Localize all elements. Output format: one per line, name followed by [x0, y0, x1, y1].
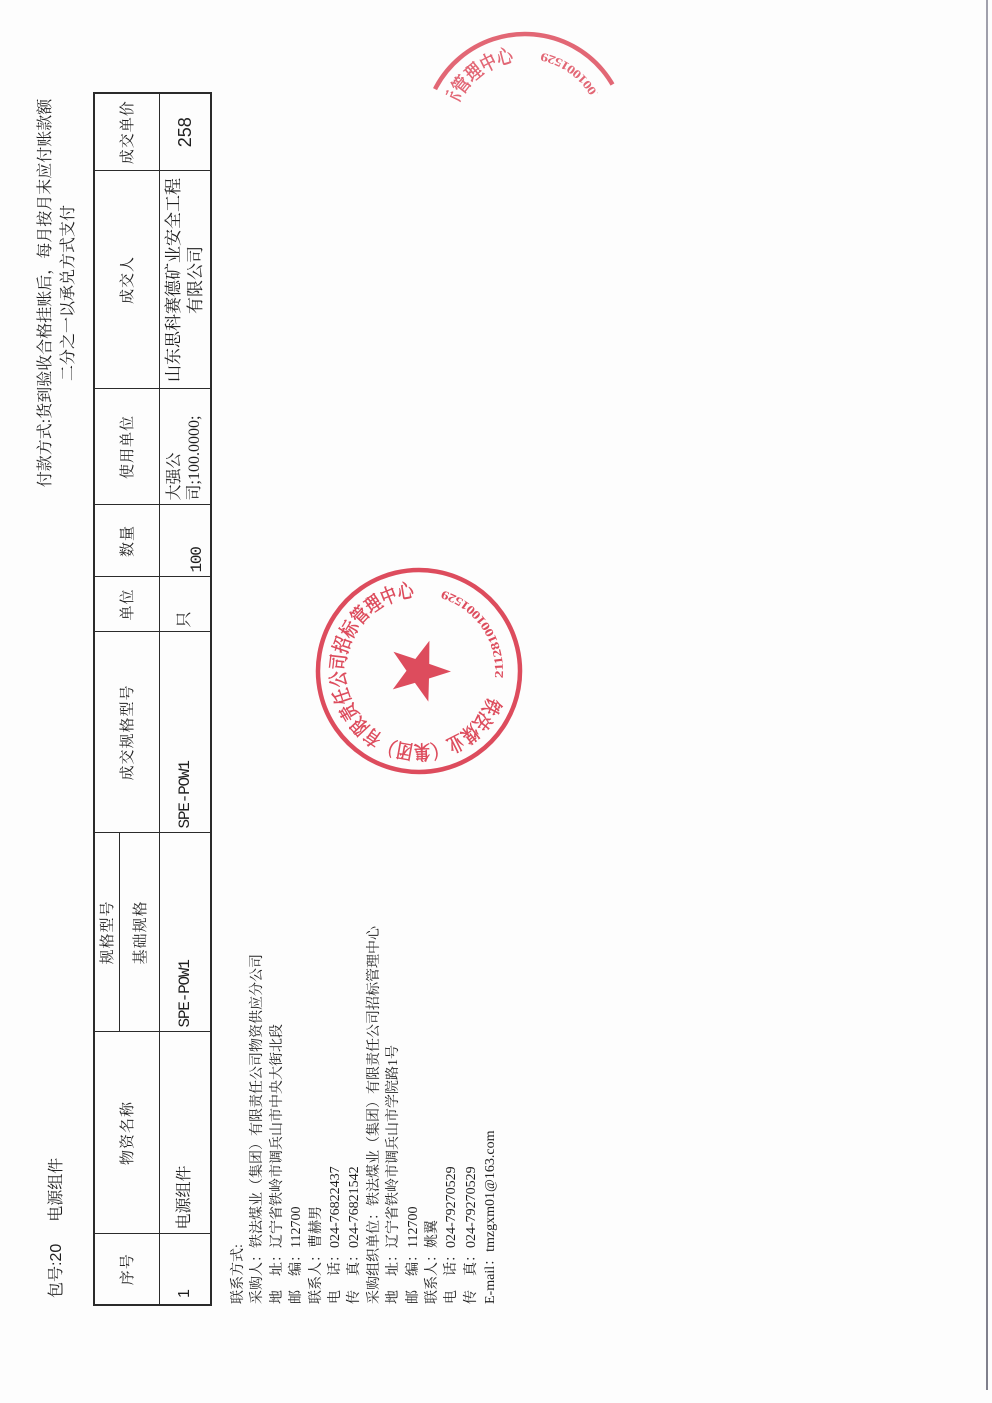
contact-value: 铁法煤业（集团）有限责任公司物资供应分公司 — [250, 954, 265, 1248]
col-header-supplier: 成交人 — [94, 171, 159, 389]
cell-unit: 只 — [159, 577, 211, 632]
contact-value: 024-79270529 — [464, 1166, 479, 1248]
award-table: 序号 物资名称 规格型号 成交规格型号 单位 数量 使用单位 成交人 成交单价 … — [93, 92, 212, 1306]
contact-label: 采购人： — [250, 1248, 265, 1304]
contact-label: 联系人： — [425, 1248, 440, 1304]
seal-text: 铁法煤业（集团）有限责任公司招标管理中心 — [394, 30, 625, 266]
contact-line-buyer-address: 地 址：辽宁省铁岭市调兵山市中央大街北段 — [268, 926, 287, 1304]
contact-line-buyer-fax: 传 真：024-76821542 — [345, 926, 364, 1304]
contact-line-email: E-mail：tmzgxm01@163.com — [481, 926, 500, 1304]
col-header-spec-model: 规格型号 — [94, 833, 119, 1032]
package-name: 电源组件 — [48, 1158, 65, 1222]
col-header-unit: 单位 — [94, 577, 159, 632]
document-page: 包号:20电源组件 付款方式:货到验收合格挂账后，每月按月末应付账款额 二分之一… — [0, 0, 992, 1403]
cell-deal-spec-model: SPE-POW1 — [159, 632, 211, 833]
seal-number: 211281001001529 — [433, 577, 522, 685]
payment-terms: 付款方式:货到验收合格挂账后，每月按月末应付账款额 二分之一以承兑方式支付 — [34, 93, 80, 493]
contact-label: 地 址： — [270, 1248, 285, 1304]
contact-value: 铁法煤业（集团）有限责任公司招标管理中心 — [367, 926, 382, 1206]
table-row: 1 电源组件 SPE-POW1 SPE-POW1 只 100 大强公司;100.… — [159, 93, 211, 1305]
contact-line-buyer-postcode: 邮 编：112700 — [287, 926, 306, 1304]
cell-quantity: 100 — [159, 505, 211, 577]
seal-ring — [383, 0, 668, 277]
payment-terms-line: 二分之一以承兑方式支付 — [57, 93, 80, 493]
contact-line-organizer: 采购组织单位：铁法煤业（集团）有限责任公司招标管理中心 — [365, 926, 384, 1304]
contact-value: 024-79270529 — [444, 1166, 459, 1248]
cell-usage-unit: 大强公司;100.0000; — [159, 389, 211, 505]
col-header-seq: 序号 — [94, 1234, 159, 1305]
contact-value: 辽宁省铁岭市调兵山市学院路1号 — [386, 1045, 401, 1248]
contact-label: 电 话： — [328, 1248, 343, 1304]
cell-supplier: 山东思科赛德矿业安全工程有限公司 — [159, 171, 211, 389]
table-header-row: 序号 物资名称 规格型号 成交规格型号 单位 数量 使用单位 成交人 成交单价 — [94, 93, 119, 1305]
cell-unit-price: 258 — [159, 93, 211, 171]
package-number: 包号:20 — [48, 1244, 65, 1298]
contact-label: 传 真： — [347, 1248, 362, 1304]
payment-terms-line: 付款方式:货到验收合格挂账后，每月按月末应付账款额 — [34, 93, 57, 493]
seal-ring — [278, 530, 559, 811]
col-header-unit-price: 成交单价 — [94, 93, 159, 171]
contact-value: 024-76821542 — [347, 1166, 362, 1248]
contact-line-buyer-person: 联系人：曹赫男 — [307, 926, 326, 1304]
seal-text: 铁法煤业（集团）有限责任公司招标管理中心 — [289, 565, 515, 801]
col-header-deal-spec-model: 成交规格型号 — [94, 632, 159, 833]
contact-label: E-mail： — [483, 1252, 498, 1304]
contact-label: 邮 编： — [406, 1248, 421, 1304]
col-header-usage-unit: 使用单位 — [94, 389, 159, 505]
contact-title: 联系方式: — [229, 926, 248, 1304]
cell-seq: 1 — [159, 1234, 211, 1305]
contact-line-buyer: 采购人：铁法煤业（集团）有限责任公司物资供应分公司 — [248, 926, 267, 1304]
contact-line-buyer-phone: 电 话：024-76822437 — [326, 926, 345, 1304]
seal-number-path: 211281001001529 — [433, 577, 522, 685]
usage-unit-text: 大强公司;100.0000; — [165, 390, 205, 501]
contact-line-organizer-person: 联系人：姚翼 — [423, 926, 442, 1304]
cell-base-spec: SPE-POW1 — [159, 833, 211, 1032]
contact-value: 112700 — [406, 1207, 421, 1248]
partial-seal: 铁法煤业（集团）有限责任公司招标管理中心 211281001001529 — [383, 0, 668, 277]
contact-line-organizer-fax: 传 真：024-79270529 — [462, 926, 481, 1304]
contact-value: tmzgxm01@163.com — [483, 1131, 498, 1252]
contact-value: 姚翼 — [425, 1220, 440, 1248]
contact-value: 辽宁省铁岭市调兵山市中央大街北段 — [270, 1024, 285, 1248]
col-header-base-spec: 基础规格 — [119, 833, 159, 1032]
contact-label: 邮 编： — [289, 1248, 304, 1304]
star-icon — [375, 631, 457, 714]
contact-label: 采购组织单位： — [367, 1206, 382, 1304]
supplier-text: 山东思科赛德矿业安全工程有限公司 — [163, 174, 207, 387]
cell-material-name: 电源组件 — [159, 1032, 211, 1234]
contact-label: 传 真： — [464, 1248, 479, 1304]
col-header-quantity: 数量 — [94, 505, 159, 577]
seal-number-path: 211281001001529 — [533, 38, 628, 143]
contact-line-organizer-address: 地 址：辽宁省铁岭市调兵山市学院路1号 — [384, 926, 403, 1304]
contact-line-organizer-phone: 电 话：024-79270529 — [442, 926, 461, 1304]
seal-text-path: 铁法煤业（集团）有限责任公司招标管理中心 — [394, 30, 625, 266]
contact-value: 024-76822437 — [328, 1166, 343, 1248]
seal-text-path: 铁法煤业（集团）有限责任公司招标管理中心 — [289, 565, 515, 801]
col-header-material-name: 物资名称 — [94, 1032, 159, 1234]
contact-value: 曹赫男 — [309, 1206, 324, 1248]
contact-label: 联系人： — [309, 1248, 324, 1304]
company-seal: 铁法煤业（集团）有限责任公司招标管理中心 211281001001529 — [278, 530, 559, 811]
contact-info: 联系方式: 采购人：铁法煤业（集团）有限责任公司物资供应分公司 地 址：辽宁省铁… — [229, 926, 500, 1304]
contact-label: 电 话： — [444, 1248, 459, 1304]
contact-label: 地 址： — [386, 1248, 401, 1304]
package-heading: 包号:20电源组件 — [48, 1158, 66, 1298]
seal-number: 211281001001529 — [533, 38, 628, 143]
contact-value: 112700 — [289, 1207, 304, 1248]
contact-line-organizer-postcode: 邮 编：112700 — [404, 926, 423, 1304]
